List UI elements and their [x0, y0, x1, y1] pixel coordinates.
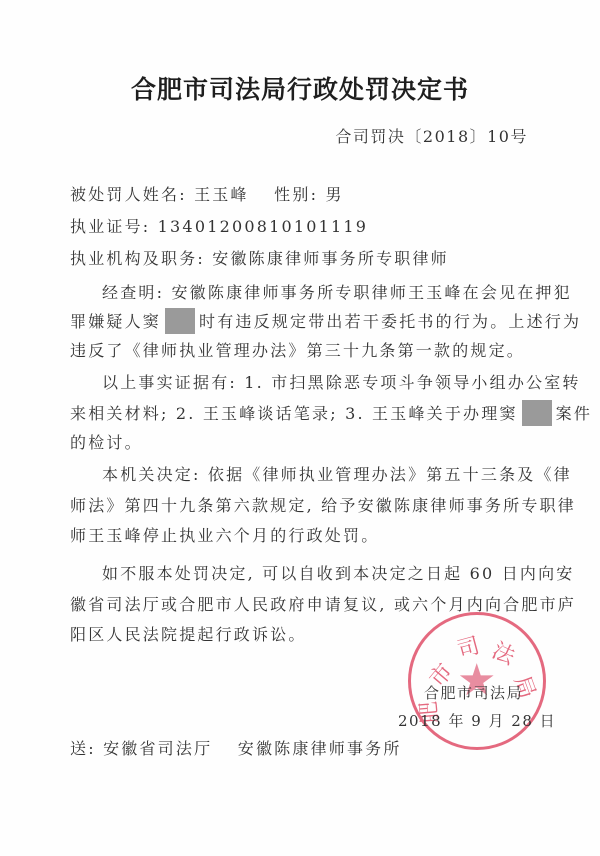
document-title: 合肥市司法局行政处罚决定书 [0, 70, 600, 106]
cc-line: 送: 安徽省司法厅 安徽陈康律师事务所 [70, 736, 402, 759]
document-number: 合司罚决〔2018〕10号 [335, 124, 528, 147]
evidence-line-3: 的检讨。 [70, 430, 143, 453]
issue-date: 2018 年 9 月 28 日 [398, 710, 556, 731]
license-number-line: 执业证号: 13401200810101119 [70, 214, 368, 237]
decision-line-3: 师王玉峰停止执业六个月的行政处罚。 [70, 523, 379, 546]
appeal-line-1: 如不服本处罚决定, 可以自收到本决定之日起 60 日内向安 [102, 561, 575, 584]
evidence-line-1: 以上事实证据有: 1. 市扫黑除恶专项斗争领导小组办公室转 [102, 370, 581, 393]
evidence-line-2: 来相关材料; 2. 王玉峰谈话笔录; 3. 王玉峰关于办理窦案件 [70, 400, 592, 426]
evidence-line-2-before: 来相关材料; 2. 王玉峰谈话笔录; 3. 王玉峰关于办理窦 [70, 404, 518, 423]
decision-line-1: 本机关决定: 依据《律师执业管理办法》第五十三条及《律 [102, 462, 572, 485]
findings-line-3: 违反了《律师执业管理办法》第三十九条第一款的规定。 [70, 338, 525, 361]
penalized-person-line: 被处罚人姓名: 王玉峰 性别: 男 [70, 182, 344, 205]
institution-line: 执业机构及职务: 安徽陈康律师事务所专职律师 [70, 246, 449, 269]
issuer-name: 合肥市司法局 [424, 682, 523, 703]
findings-line-2-after: 时有违反规定带出若干委托书的行为。上述行为 [199, 312, 581, 331]
redaction-block [165, 308, 195, 334]
findings-line-2: 罪嫌疑人窦时有违反规定带出若干委托书的行为。上述行为 [70, 308, 581, 334]
findings-line-1: 经查明: 安徽陈康律师事务所专职律师王玉峰在会见在押犯 [102, 280, 572, 303]
appeal-line-2: 徽省司法厅或合肥市人民政府申请复议, 或六个月内向合肥市庐 [70, 592, 576, 615]
decision-line-2: 师法》第四十九条第六款规定, 给予安徽陈康律师事务所专职律 [70, 493, 576, 516]
redaction-block [522, 400, 552, 426]
appeal-line-3: 阳区人民法院提起行政诉讼。 [70, 622, 307, 645]
document-page: 合肥市司法局行政处罚决定书 合司罚决〔2018〕10号 被处罚人姓名: 王玉峰 … [0, 0, 600, 856]
evidence-line-2-after: 案件 [556, 404, 592, 423]
findings-line-2-before: 罪嫌疑人窦 [70, 312, 161, 331]
